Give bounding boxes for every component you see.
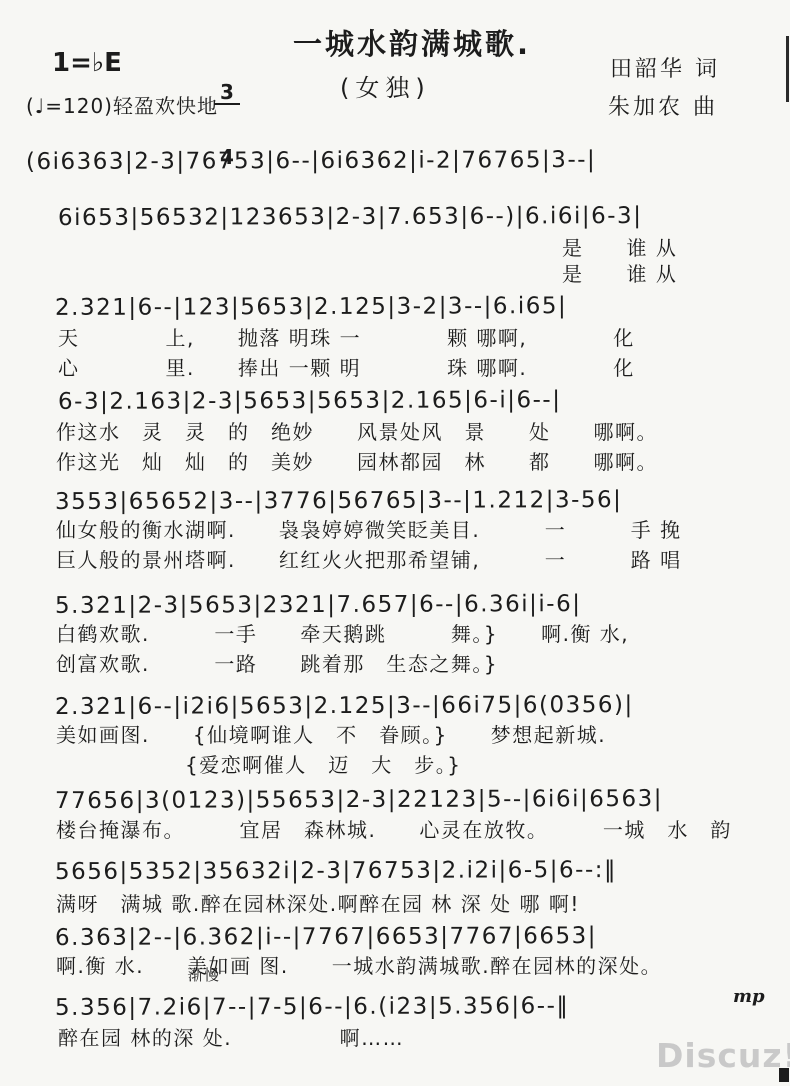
lyric-line-3-2: 心 里. 捧出 一颗 明 珠 哪啊. 化 bbox=[58, 352, 635, 381]
lyric-line-9-1: 满呀 满城 歌.醉在园林深处.啊醉在园 林 深 处 哪 啊! bbox=[56, 888, 580, 917]
lyric-line-10-1: 啊.衡 水. 美如画 图. 一城水韵满城歌.醉在园林的深处。 bbox=[56, 950, 662, 979]
rallentando-marking: 渐慢 bbox=[188, 964, 220, 985]
lyricist-credit: 田韶华 词 bbox=[610, 52, 720, 83]
lyric-line-4-2: 作这光 灿 灿 的 美妙 园林都园 林 都 哪啊。 bbox=[56, 446, 658, 475]
notation-line-1: (6i6363|2-3|76753|6--|6i6362|i-2|76765|3… bbox=[26, 147, 596, 175]
dynamic-marking: mp bbox=[733, 986, 765, 1007]
lyric-line-7-1: 美如画图. {仙境啊谁人 不 眷顾。} 梦想起新城. bbox=[56, 719, 606, 748]
notation-line-7: 2.321|6--|i2i6|5653|2.125|3--|66i75|6(03… bbox=[55, 692, 634, 720]
lyric-line-11-1: 醉在园 林的深 处. 啊…… bbox=[58, 1022, 404, 1051]
lyric-line-5-1: 仙女般的衡水湖啊. 袅袅婷婷微笑眨美目. 一 手 挽 bbox=[56, 514, 682, 543]
lyric-line-6-2: 创富欢歌. 一路 跳着那 生态之舞。} bbox=[56, 648, 498, 677]
notation-line-8: 77656|3(0123)|55653|2-3|22123|5--|6i6i|6… bbox=[55, 786, 663, 814]
notation-line-5: 3553|65652|3--|3776|56765|3--|1.212|3-56… bbox=[55, 487, 622, 515]
lyric-line-4-1: 作这水 灵 灵 的 绝妙 风景处风 景 处 哪啊。 bbox=[56, 416, 658, 445]
scan-artifact-line bbox=[786, 36, 789, 102]
notation-line-3: 2.321|6--|123|5653|2.125|3-2|3--|6.i65| bbox=[55, 293, 567, 321]
notation-line-2: 6i653|56532|123653|2-3|7.653|6--)|6.i6i|… bbox=[58, 203, 643, 231]
time-signature: 3 4 bbox=[214, 40, 240, 210]
tempo-marking: (♩=120)轻盈欢快地 bbox=[26, 90, 218, 119]
lyric-line-2-1: 是 谁 从 bbox=[562, 232, 677, 261]
lyric-line-6-1: 白鹤欢歌. 一手 牵天鹅跳 舞。} 啊.衡 水, bbox=[56, 618, 629, 647]
notation-line-9: 5656|5352|35632i|2-3|76753|2.i2i|6-5|6--… bbox=[55, 857, 617, 885]
lyric-line-3-1: 天 上, 抛落 明珠 一 颗 哪啊, 化 bbox=[58, 322, 635, 351]
key-signature: 1=♭E bbox=[52, 48, 122, 78]
song-subtitle: (女独) bbox=[340, 68, 431, 103]
scan-artifact-corner bbox=[779, 1068, 789, 1082]
watermark: Discuz! bbox=[656, 1036, 790, 1075]
lyric-line-7-2: {爱恋啊催人 迈 大 步。} bbox=[56, 749, 461, 778]
notation-line-6: 5.321|2-3|5653|2321|7.657|6--|6.36i|i-6| bbox=[55, 591, 582, 619]
notation-line-11: 5.356|7.2i6|7--|7-5|6--|6.(i23|5.356|6--… bbox=[55, 993, 569, 1021]
lyric-line-8-1: 楼台掩瀑布。 宜居 森林城. 心灵在放牧。 一城 水 韵 bbox=[56, 814, 732, 843]
notation-line-10: 6.363|2--|6.362|i--|7767|6653|7767|6653| bbox=[55, 923, 597, 951]
sheet-music-page: 1=♭E 3 4 (♩=120)轻盈欢快地 一城水韵满城歌. (女独) 田韶华 … bbox=[0, 0, 790, 1086]
notation-line-4: 6-3|2.163|2-3|5653|5653|2.165|6-i|6--| bbox=[58, 387, 562, 415]
lyric-line-5-2: 巨人般的景州塔啊. 红红火火把那希望铺, 一 路 唱 bbox=[56, 544, 682, 573]
song-title: 一城水韵满城歌. bbox=[293, 22, 531, 63]
composer-credit: 朱加农 曲 bbox=[608, 90, 718, 121]
lyric-line-2-2: 是 谁 从 bbox=[562, 258, 677, 287]
